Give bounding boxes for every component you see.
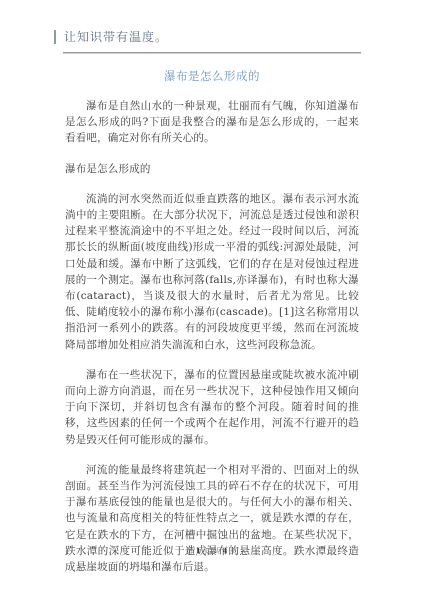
header-divider [63,52,361,53]
body-paragraph: 流淌的河水突然而近似垂直跌落的地区。瀑布表示河水流淌中的主要阻断。在大部分状况下… [65,191,359,353]
page-number-footer: 第 1 页/共 4 页 [0,546,424,555]
footer-prefix: 第 [186,547,196,555]
body-paragraph: 河流的能量最终将建筑起一个相对平滑的、凹面对上的纵剖面。甚至当作为河流侵蚀工具的… [65,462,359,575]
body-paragraph: 瀑布在一些状况下，瀑布的位置因悬崖或陡坎被水流冲刷而向上游方向消退，而在另一些状… [65,367,359,448]
footer-suffix: 页 [228,547,238,555]
header-accent-bar [54,30,56,44]
document-body: 瀑布是自然山水的一种景观，壮丽而有气魄，你知道瀑布是怎么形成的吗?下面是我整合的… [65,98,359,589]
document-page: 让知识带有温度。 瀑布是怎么形成的 瀑布是自然山水的一种景观，壮丽而有气魄，你知… [0,0,424,600]
footer-middle: 页/共 [201,547,223,555]
intro-paragraph: 瀑布是自然山水的一种景观，壮丽而有气魄，你知道瀑布是怎么形成的吗?下面是我整合的… [65,98,359,147]
header-slogan: 让知识带有温度。 [64,28,168,46]
section-heading: 瀑布是怎么形成的 [65,161,359,177]
document-title: 瀑布是怎么形成的 [0,68,424,84]
